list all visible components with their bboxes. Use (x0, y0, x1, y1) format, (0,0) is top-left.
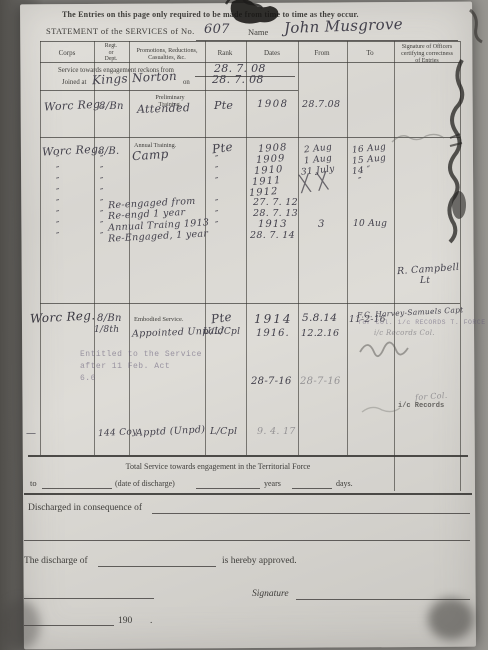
table-vline-4 (246, 41, 247, 455)
annual-regt-dittos: ″ ″ ″ ″ ″ ″ ″ ″ (100, 155, 103, 243)
embodied-sig1: F.C. Harvey-Samuels Capt (357, 305, 464, 320)
embodied-from2: 12.2.16 (301, 328, 339, 339)
col-header-promotions: Promotions, Reductions, Casualties, &c. (136, 47, 197, 61)
embodied-right-stamp1: for Col. (415, 391, 448, 402)
entitled-stamp-line2: after 11 Feb. Act (80, 362, 170, 371)
sigbox-vline-right (460, 455, 461, 491)
year-label: 190 (118, 616, 132, 626)
embodied-rank1: Pte (210, 310, 233, 327)
total-days-label: days. (336, 479, 353, 488)
annual-signature-rank: Lt (420, 276, 430, 286)
annual-signature-name: R. Campbell (397, 262, 460, 277)
reckon-line2-on: on (183, 79, 190, 86)
table-line-top (40, 41, 460, 42)
embodied-regt1: 8/Bn (97, 313, 122, 324)
total-years-underline (292, 488, 332, 489)
table-vline-left (40, 41, 41, 455)
table-line-annual (40, 303, 460, 304)
embodied-year2: 1916. (256, 328, 290, 339)
embodied-mid-to: 28-7-16 (300, 376, 341, 387)
annual-corps-dittos: ″ ″ ″ ″ ″ ″ ″ ″ (56, 155, 59, 243)
entitled-stamp-line1: Entitled to the Service (80, 350, 202, 359)
total-discharge-label: (date of discharge) (115, 479, 175, 488)
total-to-label: to (30, 478, 37, 488)
approved-pre-label: The discharge of (24, 556, 88, 566)
total-date-underline (196, 488, 260, 489)
annual-1913-from: 3 (318, 219, 325, 230)
annual-1913-year: 1913 (258, 219, 287, 230)
signature-label: Signature (252, 589, 289, 599)
bottom-left-shadow (0, 600, 40, 650)
col-header-dates: Dates (264, 49, 280, 57)
col-header-from: From (314, 49, 329, 57)
embodied-mid-from: 28-7-16 (251, 376, 292, 387)
discharged-underline (152, 513, 470, 514)
lastrow-dash: — (26, 428, 36, 439)
table-vline-6 (347, 41, 348, 455)
embodied-regt2: 1/8th (94, 325, 119, 335)
prelim-regt: 8/Bn (99, 101, 124, 112)
lastrow-date: 9. 4. 17 (257, 426, 296, 437)
reckon-line2-label: Joined at (62, 79, 86, 86)
table-vline-right (460, 41, 461, 455)
annual-rank-dittos: ″ ″ ″ ″ ″ ″ (215, 155, 218, 232)
annual-re2-date: 28. 7. 13 (253, 208, 298, 219)
table-vline-2 (129, 41, 130, 455)
embodied-right-stamp2: i/c Records (398, 402, 444, 410)
service-number-handwritten: 607 (204, 22, 230, 37)
embodied-rank2: U/L/Cpl (203, 327, 240, 337)
col-header-regt: Regt. or Dept. (105, 43, 118, 63)
table-vline-5 (298, 41, 299, 455)
prelim-corps: Worc Reg. (44, 97, 105, 113)
annual-camp: Camp (132, 147, 169, 164)
entitled-stamp-line3: 6.6 (80, 374, 96, 383)
lastrow-rank: L/Cpl (210, 426, 237, 437)
lastrow-appt: Apptd (Unpd) (136, 424, 206, 439)
table-line-prelim (40, 137, 460, 138)
prelim-rank: Pte (214, 99, 233, 112)
table-line-bottom (28, 455, 468, 457)
embodied-sig2-stamp: for Col. i/c RECORDS T. FORCE (358, 319, 486, 326)
embodied-printed: Embodied Service. (134, 316, 183, 323)
embodied-from1: 5.8.14 (302, 312, 337, 324)
table-line-reckon (40, 90, 298, 91)
table-vline-7 (394, 41, 395, 455)
annual-re1-date: 27. 7. 12 (253, 197, 298, 208)
name-label: Name (248, 27, 268, 37)
annual-to-2: 14 ″ (352, 165, 372, 177)
bottom-right-smudge (428, 598, 474, 640)
name-handwritten: John Musgrove (284, 15, 403, 37)
embodied-corps: Worc Reg. (30, 308, 96, 325)
table-vline-3 (205, 41, 206, 455)
col-header-to: To (366, 49, 373, 57)
lastrow-coy: 144 Coy. (98, 427, 140, 439)
approved-underline (98, 566, 216, 567)
prelim-attended: Attended (137, 101, 191, 116)
embodied-sig3: i/c Records Col. (374, 329, 435, 337)
total-service-line: Total Service towards engagement in the … (126, 462, 311, 471)
annual-rank: Pte (211, 140, 234, 157)
document-photo: The Entries on this page only required t… (0, 0, 488, 650)
total-to-underline (42, 488, 112, 489)
sigbox-vline-left (394, 455, 395, 491)
left-sign-underline (24, 598, 154, 599)
year-period: . (150, 616, 152, 626)
total-years-label: years (264, 479, 281, 488)
reckon-line2-place: Kings Norton (92, 69, 178, 87)
crossed-out-scribble: ╳╳ (299, 170, 337, 194)
embodied-year1: 1914 (254, 312, 293, 326)
discharged-label: Discharged in consequence of (28, 503, 142, 513)
blank-underline (24, 540, 470, 541)
col-header-rank: Rank (218, 49, 233, 57)
rule-below-total (24, 493, 472, 495)
col-header-signature: Signature of Officers certifying correct… (401, 44, 453, 65)
annual-1913-to: 10 Aug (353, 219, 387, 229)
prelim-from: 28.7.08 (302, 99, 340, 110)
reckon-line2-date: 28. 7. 08 (212, 73, 264, 86)
statement-label: STATEMENT of the SERVICES of No. (46, 26, 195, 36)
prelim-year: 1908 (257, 99, 288, 110)
annual-re3-date: 28. 7. 14 (250, 230, 295, 241)
annual-to-3: ″ (358, 177, 362, 187)
approved-post-label: is hereby approved. (222, 556, 297, 566)
form-content: The Entries on this page only required t… (0, 0, 488, 650)
col-header-corps: Corps (59, 49, 76, 57)
